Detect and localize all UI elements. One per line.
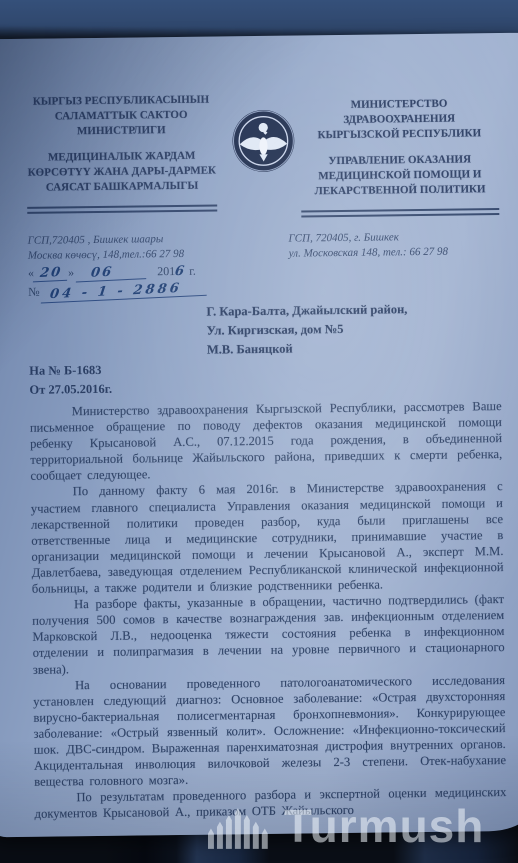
reference-numbers: На № Б-1683 От 27.05.2016г. (29, 356, 501, 400)
number-label: № (28, 285, 40, 299)
turmush-watermark: Turmush (208, 803, 484, 849)
right-department-name: УПРАВЛЕНИЕ ОКАЗАНИЯ МЕДИЦИНСКОЙ ПОМОЩИ И… (301, 152, 499, 199)
letterhead-left-column: КЫРГЫЗ РЕСПУБЛИКАСЫНЫН САЛАМАТТЫК САКТОО… (26, 93, 218, 214)
paragraph: На разборе факты, указанные в обращении,… (32, 591, 505, 677)
letter-body: Министерство здравоохранения Кыргызской … (30, 398, 507, 822)
quote-close: » (68, 265, 74, 279)
handwritten-year-digit: 6 (174, 264, 187, 280)
document-page: КЫРГЫЗ РЕСПУБЛИКАСЫНЫН САЛАМАТТЫК САКТОО… (0, 33, 518, 838)
handwritten-number: 04 - 1 - 2886 (41, 280, 209, 304)
outgoing-number-line: № 04 - 1 - 2886 (28, 282, 289, 301)
year-suffix: г. (189, 264, 196, 278)
left-address: ГСП,720405 , Бишкек шаары Москва көчөсү,… (28, 231, 289, 264)
left-department-name: МЕДИЦИНАЛЫК ЖАРДАМ КӨРСӨТҮҮ ЖАНА ДАРЫ-ДА… (27, 148, 218, 195)
watermark-text: Turmush (284, 803, 484, 849)
year-printed: 201 (157, 264, 175, 278)
addressee-block: Г. Кара-Балта, Джайылский район, Ул. Кир… (206, 299, 501, 360)
left-double-rule (27, 204, 217, 213)
turmush-yurt-logo-icon (208, 803, 274, 849)
photo-of-document: КЫРГЫЗ РЕСПУБЛИКАСЫНЫН САЛАМАТТЫК САКТОО… (0, 0, 518, 863)
date-line: «20» 062016 г. (28, 263, 289, 282)
right-ministry-name: МИНИСТЕРСТВО ЗДРАВООХРАНЕНИЯ КЫРГЫЗСКОЙ … (300, 96, 498, 143)
handwritten-month: 06 (76, 263, 149, 282)
paragraph: На основании проведенного патологоанатом… (33, 672, 506, 790)
outgoing-stamp-block: ГСП,720405 , Бишкек шаары Москва көчөсү,… (28, 231, 290, 301)
right-double-rule (301, 208, 499, 217)
paragraph: По данному факту 6 мая 2016г. в Министер… (31, 478, 504, 596)
letterhead-right-column: МИНИСТЕРСТВО ЗДРАВООХРАНЕНИЯ КЫРГЫЗСКОЙ … (300, 89, 499, 217)
letterhead: КЫРГЫЗ РЕСПУБЛИКАСЫНЫН САЛАМАТТЫК САКТОО… (26, 89, 500, 221)
left-ministry-name: КЫРГЫЗ РЕСПУБЛИКАСЫНЫН САЛАМАТТЫК САКТОО… (26, 93, 217, 140)
kyrgyz-state-emblem-icon (230, 108, 297, 175)
handwritten-day: 20 (33, 265, 69, 283)
paragraph: Министерство здравоохранения Кыргызской … (30, 398, 503, 484)
address-row: ГСП,720405 , Бишкек шаары Москва көчөсү,… (28, 228, 501, 301)
right-address: ГСП, 720405, г. Бишкек ул. Московская 14… (288, 228, 500, 298)
